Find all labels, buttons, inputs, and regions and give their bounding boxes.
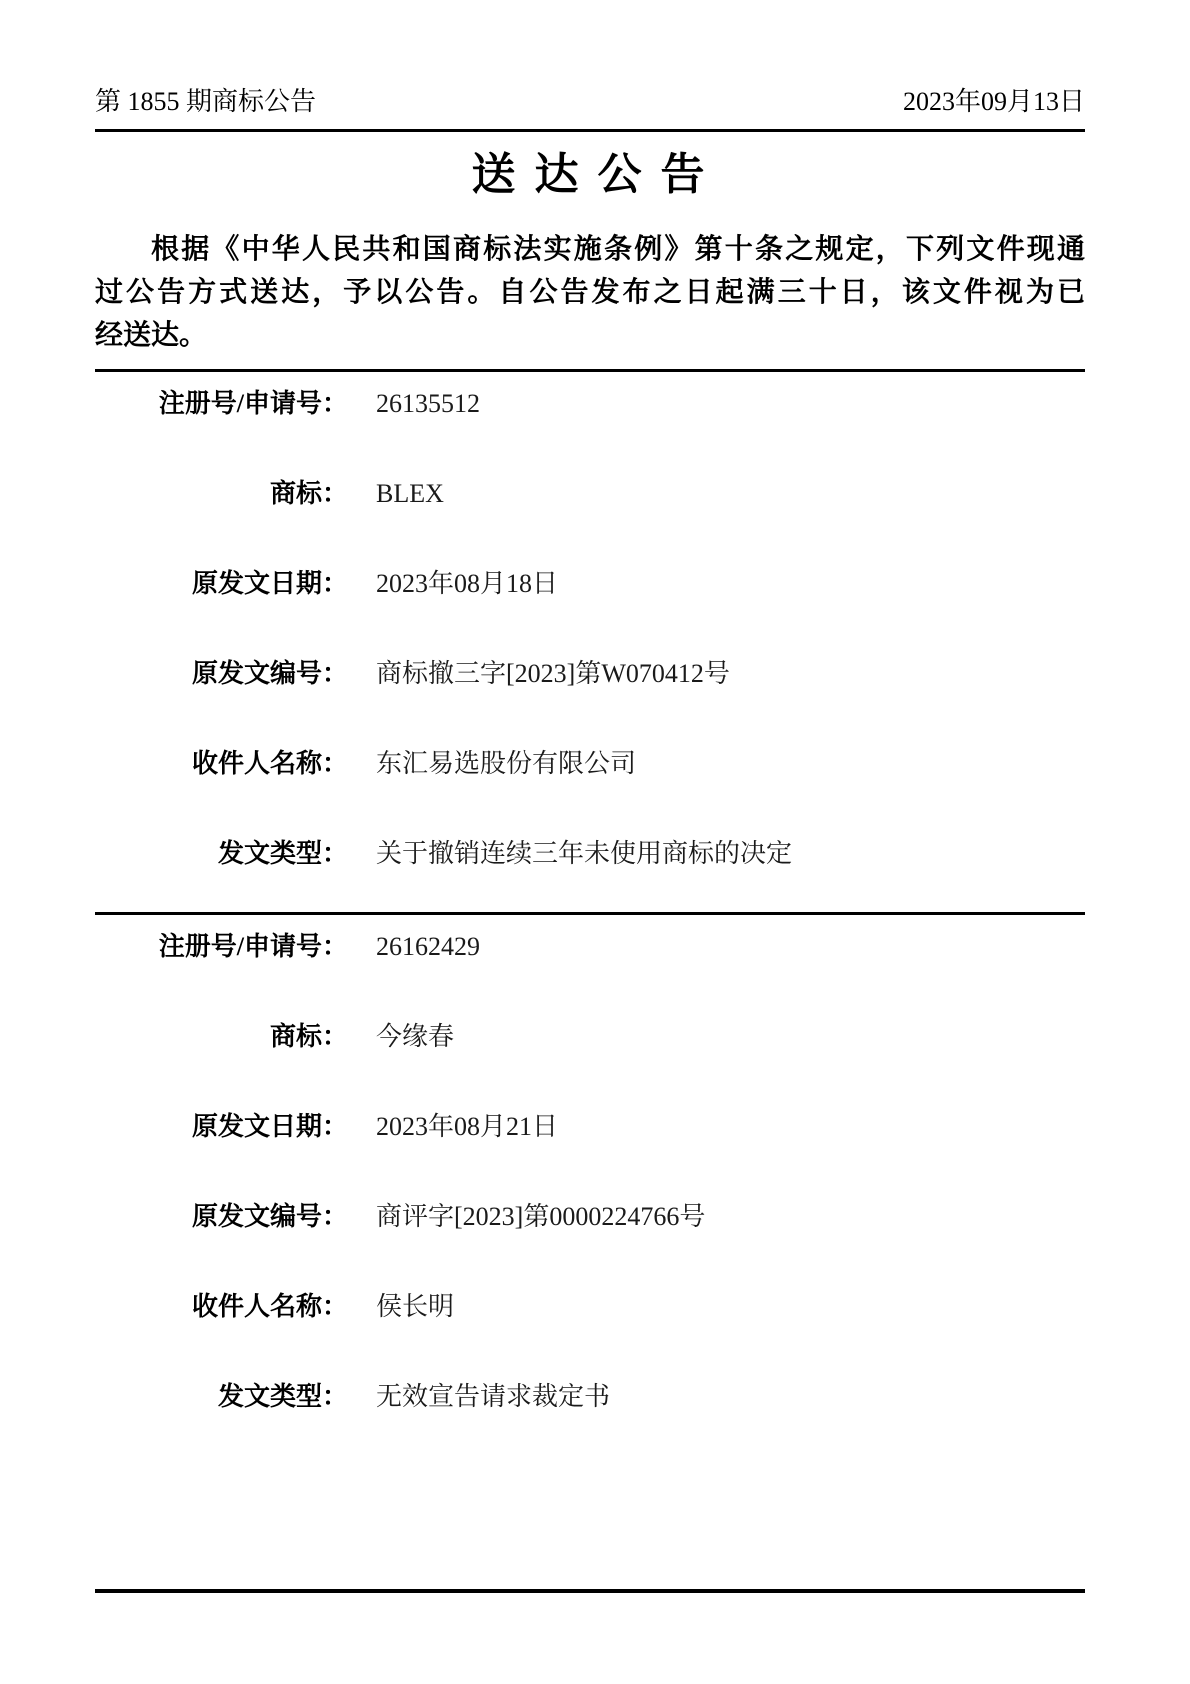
field-label: 商标： bbox=[95, 1022, 348, 1052]
field-value: 2023年08月18日 bbox=[376, 569, 558, 599]
field-row: 发文类型： 关于撤销连续三年未使用商标的决定 bbox=[95, 822, 1085, 912]
intro-line: 经送达。 bbox=[95, 314, 1085, 357]
field-value: 2023年08月21日 bbox=[376, 1112, 558, 1142]
field-row: 发文类型： 无效宣告请求裁定书 bbox=[95, 1365, 1085, 1455]
field-value: 今缘春 bbox=[376, 1022, 454, 1052]
intro-line: 根据《中华人民共和国商标法实施条例》第十条之规定，下列文件现通 bbox=[95, 228, 1085, 271]
field-row: 原发文编号： 商标撤三字[2023]第W070412号 bbox=[95, 642, 1085, 732]
intro-paragraph: 根据《中华人民共和国商标法实施条例》第十条之规定，下列文件现通 过公告方式送达，… bbox=[95, 228, 1085, 357]
gazette-page: 第 1855 期商标公告 2023年09月13日 送 达 公 告 根据《中华人民… bbox=[0, 0, 1190, 1684]
gazette-date: 2023年09月13日 bbox=[903, 88, 1085, 116]
field-row: 注册号/申请号： 26162429 bbox=[95, 915, 1085, 1005]
field-row: 商标： BLEX bbox=[95, 462, 1085, 552]
field-label: 收件人名称： bbox=[95, 749, 348, 779]
intro-line: 过公告方式送达，予以公告。自公告发布之日起满三十日，该文件视为已 bbox=[95, 271, 1085, 314]
page-title: 送 达 公 告 bbox=[95, 152, 1085, 198]
field-value: 商标撤三字[2023]第W070412号 bbox=[376, 659, 730, 689]
field-row: 原发文编号： 商评字[2023]第0000224766号 bbox=[95, 1185, 1085, 1275]
field-label: 发文类型： bbox=[95, 1382, 348, 1412]
field-label: 原发文编号： bbox=[95, 1202, 348, 1232]
field-label: 注册号/申请号： bbox=[95, 932, 348, 962]
field-label: 原发文日期： bbox=[95, 1112, 348, 1142]
field-value: 无效宣告请求裁定书 bbox=[376, 1382, 610, 1412]
field-row: 原发文日期： 2023年08月21日 bbox=[95, 1095, 1085, 1185]
field-value: 26135512 bbox=[376, 389, 480, 419]
field-label: 商标： bbox=[95, 479, 348, 509]
page-bottom-rule bbox=[95, 1589, 1085, 1593]
field-label: 发文类型： bbox=[95, 839, 348, 869]
field-label: 注册号/申请号： bbox=[95, 389, 348, 419]
field-label: 原发文日期： bbox=[95, 569, 348, 599]
record-2: 注册号/申请号： 26162429 商标： 今缘春 原发文日期： 2023年08… bbox=[95, 915, 1085, 1455]
field-value: 侯长明 bbox=[376, 1292, 454, 1322]
record-1: 注册号/申请号： 26135512 商标： BLEX 原发文日期： 2023年0… bbox=[95, 372, 1085, 912]
field-label: 原发文编号： bbox=[95, 659, 348, 689]
gazette-issue-label: 第 1855 期商标公告 bbox=[95, 88, 316, 116]
field-row: 注册号/申请号： 26135512 bbox=[95, 372, 1085, 462]
field-value: 东汇易选股份有限公司 bbox=[376, 749, 636, 779]
field-row: 收件人名称： 侯长明 bbox=[95, 1275, 1085, 1365]
field-value: BLEX bbox=[376, 479, 444, 509]
field-label: 收件人名称： bbox=[95, 1292, 348, 1322]
field-row: 收件人名称： 东汇易选股份有限公司 bbox=[95, 732, 1085, 822]
field-value: 关于撤销连续三年未使用商标的决定 bbox=[376, 839, 792, 869]
field-value: 商评字[2023]第0000224766号 bbox=[376, 1202, 705, 1232]
field-row: 商标： 今缘春 bbox=[95, 1005, 1085, 1095]
gazette-header: 第 1855 期商标公告 2023年09月13日 bbox=[95, 88, 1085, 132]
field-value: 26162429 bbox=[376, 932, 480, 962]
field-row: 原发文日期： 2023年08月18日 bbox=[95, 552, 1085, 642]
